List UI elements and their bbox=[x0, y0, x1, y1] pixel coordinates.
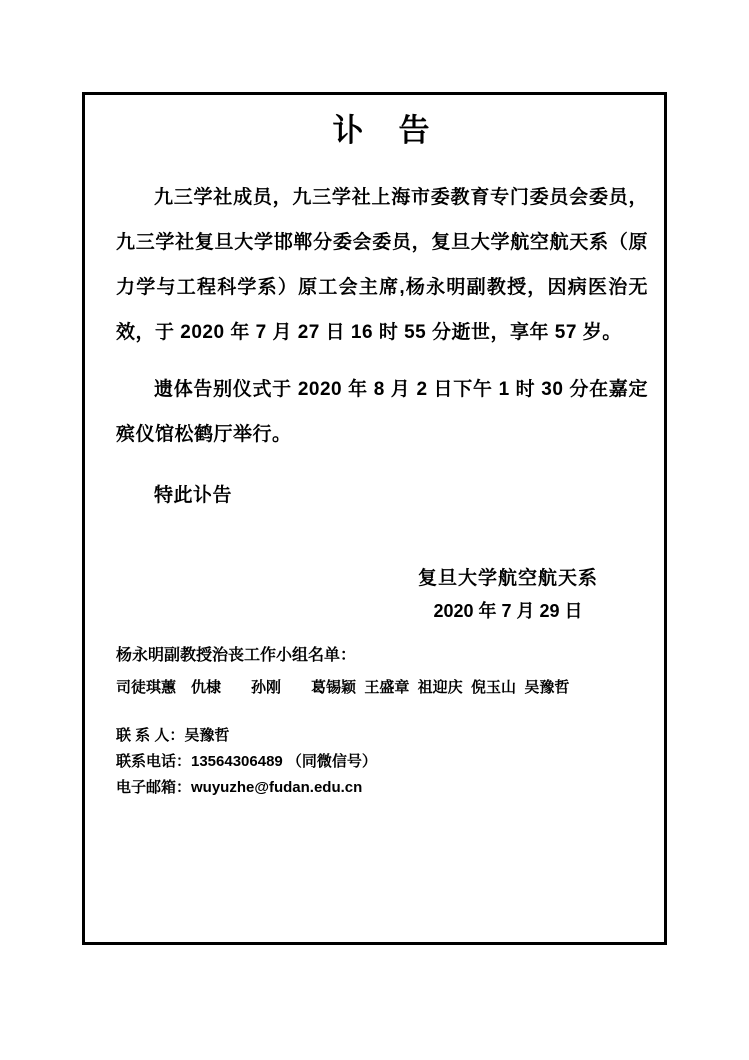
signature-org: 复旦大学航空航天系 bbox=[418, 563, 598, 595]
signature-date: 2020 年 7 月 29 日 bbox=[418, 595, 598, 627]
paragraph-ceremony: 遗体告别仪式于 2020 年 8 月 2 日下午 1 时 30 分在嘉定殡仪馆松… bbox=[116, 367, 648, 457]
document-border: 讣 告 九三学社成员，九三学社上海市委教育专门委员会委员，九三学社复旦大学邯郸分… bbox=[82, 92, 667, 945]
obituary-page: 讣 告 九三学社成员，九三学社上海市委教育专门委员会委员，九三学社复旦大学邯郸分… bbox=[0, 0, 749, 1060]
paragraph-biography: 九三学社成员，九三学社上海市委教育专门委员会委员，九三学社复旦大学邯郸分委会委员… bbox=[116, 175, 648, 355]
closing-statement: 特此讣告 bbox=[116, 473, 648, 518]
notice-title: 讣 告 bbox=[116, 111, 648, 151]
contact-email: 电子邮箱：wuyuzhe@fudan.edu.cn bbox=[116, 775, 648, 801]
contact-phone: 联系电话：13564306489 （同微信号） bbox=[116, 749, 648, 775]
contact-section: 联 系 人：吴豫哲 联系电话：13564306489 （同微信号） 电子邮箱：w… bbox=[116, 723, 648, 801]
committee-names: 司徒琪蕙 仇棣 孙刚 葛锡颖 王盛章 祖迎庆 倪玉山 吴豫哲 bbox=[116, 675, 648, 701]
committee-heading: 杨永明副教授治丧工作小组名单： bbox=[116, 643, 648, 669]
contact-person: 联 系 人：吴豫哲 bbox=[116, 723, 648, 749]
committee-section: 杨永明副教授治丧工作小组名单： 司徒琪蕙 仇棣 孙刚 葛锡颖 王盛章 祖迎庆 倪… bbox=[116, 643, 648, 701]
signature-block: 复旦大学航空航天系 2020 年 7 月 29 日 bbox=[116, 563, 598, 627]
signature-inner: 复旦大学航空航天系 2020 年 7 月 29 日 bbox=[418, 563, 598, 627]
